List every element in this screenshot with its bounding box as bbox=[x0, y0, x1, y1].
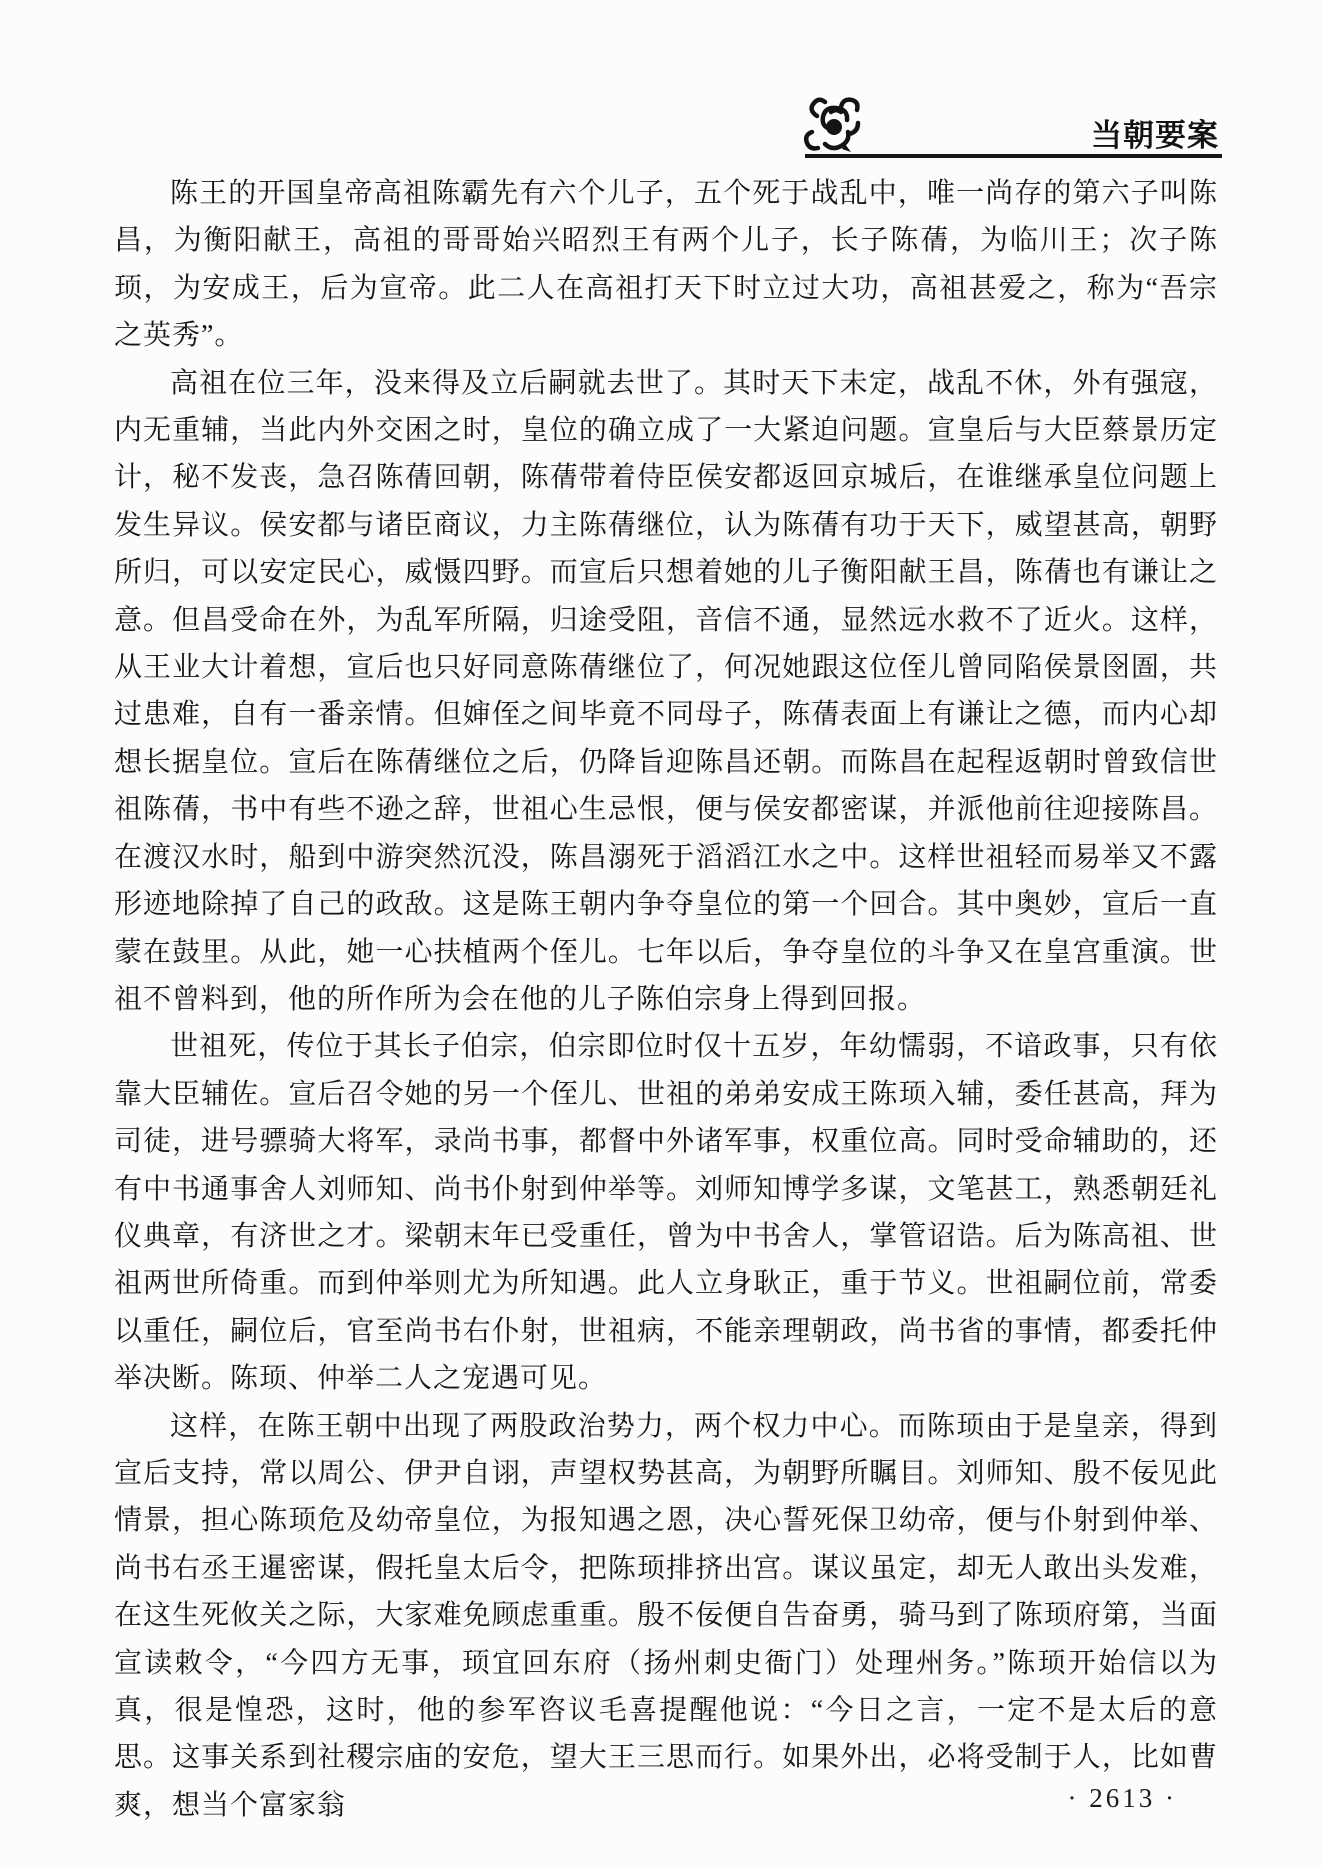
body-paragraph: 陈王的开国皇帝高祖陈霸先有六个儿子，五个死于战乱中，唯一尚存的第六子叫陈昌，为衡… bbox=[114, 170, 1218, 360]
body-paragraph: 世祖死，传位于其长子伯宗，伯宗即位时仅十五岁，年幼懦弱，不谙政事，只有依靠大臣辅… bbox=[114, 1023, 1218, 1402]
book-page: 当朝要案 陈王的开国皇帝高祖陈霸先有六个儿子，五个死于战乱中，唯一尚存的第六子叫… bbox=[0, 0, 1322, 1870]
header-divider bbox=[805, 154, 1222, 158]
body-paragraph: 高祖在位三年，没来得及立后嗣就去世了。其时天下未定，战乱不休，外有强寇，内无重辅… bbox=[114, 360, 1218, 1024]
dragon-emblem-icon bbox=[801, 92, 865, 156]
running-head-title: 当朝要案 bbox=[1091, 110, 1219, 155]
page-number: · 2613 · bbox=[1068, 1783, 1177, 1814]
body-paragraph: 这样，在陈王朝中出现了两股政治势力，两个权力中心。而陈顼由于是皇亲，得到宣后支持… bbox=[114, 1403, 1218, 1830]
body-text-column: 陈王的开国皇帝高祖陈霸先有六个儿子，五个死于战乱中，唯一尚存的第六子叫陈昌，为衡… bbox=[114, 170, 1218, 1829]
